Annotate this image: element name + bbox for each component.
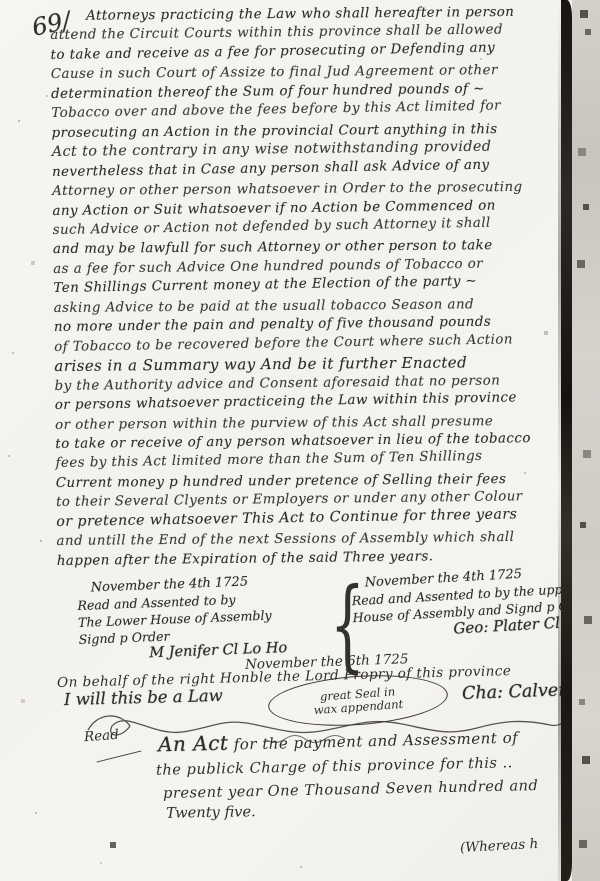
next-act-rest: for the payment and Assessment of (228, 729, 518, 754)
manuscript-page: 69/ Attorneys practicing the Law who sha… (0, 0, 600, 881)
binding-edge (561, 0, 572, 881)
next-act-line: present year One Thousand Seven hundred … (163, 777, 539, 802)
catchword: (Whereas h (460, 836, 539, 856)
next-act-line: the publick Charge of this province for … (156, 754, 513, 778)
manuscript-line: or other person within the purview of th… (55, 411, 575, 435)
attestation-lower-house: November the 4th 1725 Read and Assented … (76, 572, 287, 665)
margin-note-underline (97, 750, 142, 762)
next-act-line: Twenty five. (166, 803, 256, 822)
page-edge-gray (572, 0, 600, 881)
binding-blobs (576, 0, 580, 4)
margin-note-read: Read (83, 727, 119, 745)
next-act-lead: An Act (158, 731, 229, 757)
body-text: Attorneys practicing the Law who shall h… (50, 1, 577, 571)
paper-noise (0, 0, 2, 2)
